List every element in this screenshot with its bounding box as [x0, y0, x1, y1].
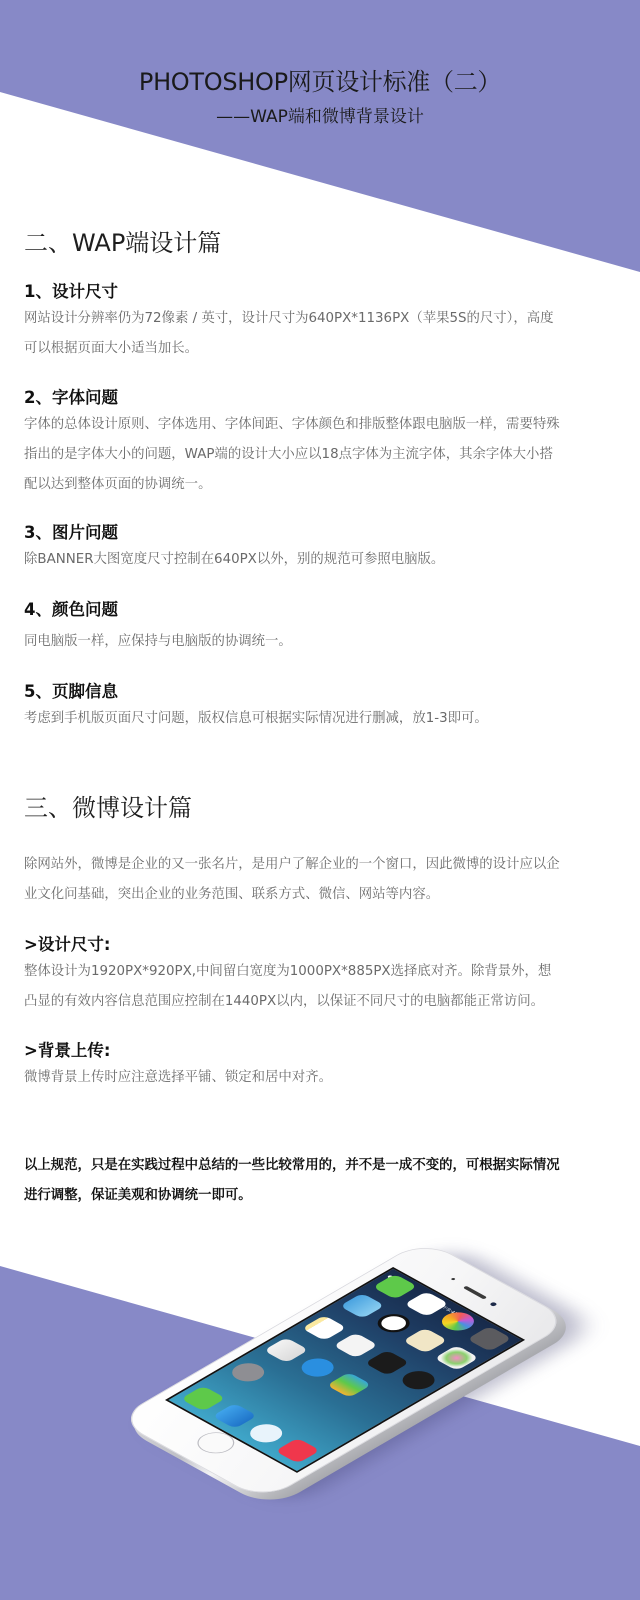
wap-item-heading: 2、字体问题 — [24, 384, 118, 408]
paragraph-line: 配以达到整体页面的协调统一。 — [24, 470, 624, 500]
wap-item-paragraph: 除BANNER大图宽度尺寸控制在640PX以外，别的规范可参照电脑版。 — [24, 545, 624, 575]
weibo-item-heading: >背景上传: — [24, 1037, 110, 1061]
weibo-section-title: 三、微博设计篇 — [24, 788, 192, 823]
paragraph-line: 微博背景上传时应注意选择平铺、锁定和居中对齐。 — [24, 1063, 624, 1093]
paragraph-line: 指出的是字体大小的问题，WAP端的设计大小应以18点字体为主流字体，其余字体大小… — [24, 440, 624, 470]
paragraph-line: 凸显的有效内容信息范围应控制在1440PX以内，以保证不同尺寸的电脑都能正常访问… — [24, 987, 624, 1017]
safari-app-icon — [244, 1420, 289, 1446]
page-title: PHOTOSHOP网页设计标准（二） — [0, 62, 640, 97]
settings-app-icon — [226, 1360, 271, 1386]
weibo-item-paragraph: 整体设计为1920PX*920PX,中间留白宽度为1000PX*885PX选择底… — [24, 957, 624, 1017]
newsstand-app-icon — [264, 1337, 309, 1363]
notes-app-icon — [302, 1315, 347, 1341]
wap-item-paragraph: 网站设计分辨率仍为72像素 / 英寸，设计尺寸为640PX*1136PX（苹果5… — [24, 304, 624, 364]
wap-item-paragraph: 字体的总体设计原则、字体选用、字体间距、字体颜色和排版整体跟电脑版一样，需要特殊… — [24, 410, 624, 500]
game-center-app-icon — [434, 1345, 479, 1371]
wap-item-heading: 1、设计尺寸 — [24, 278, 118, 302]
closing-note: 以上规范，只是在实践过程中总结的一些比较常用的，并不是一成不变的，可根据实际情况… — [24, 1151, 624, 1211]
clock-app-icon — [371, 1310, 416, 1336]
paragraph-line: 业文化问基础，突出企业的业务范围、联系方式、微信、网站等内容。 — [24, 880, 624, 910]
weather-app-icon — [340, 1293, 385, 1319]
weibo-item-paragraph: 微博背景上传时应注意选择平铺、锁定和居中对齐。 — [24, 1063, 624, 1093]
mail-app-icon — [212, 1403, 257, 1429]
wap-item-paragraph: 考虑到手机版页面尺寸问题，版权信息可根据实际情况进行删减，放1-3即可。 — [24, 704, 624, 734]
maps-app-icon — [403, 1328, 448, 1354]
music-app-icon — [275, 1438, 320, 1464]
paragraph-line: 字体的总体设计原则、字体选用、字体间距、字体颜色和排版整体跟电脑版一样，需要特殊 — [24, 410, 624, 440]
wap-section-title: 二、WAP端设计篇 — [24, 223, 221, 258]
paragraph-line: 网站设计分辨率仍为72像素 / 英寸，设计尺寸为640PX*1136PX（苹果5… — [24, 304, 624, 334]
closing-note-line: 以上规范，只是在实践过程中总结的一些比较常用的，并不是一成不变的，可根据实际情况 — [24, 1151, 624, 1181]
page-subtitle: ——WAP端和微博背景设计 — [0, 102, 640, 127]
phone-app-icon — [181, 1386, 226, 1412]
wap-item-heading: 3、图片问题 — [24, 519, 118, 543]
weibo-item-heading: >设计尺寸: — [24, 931, 110, 955]
closing-note-line: 进行调整，保证美观和协调统一即可。 — [24, 1181, 624, 1211]
paragraph-line: 同电脑版一样，应保持与电脑版的协调统一。 — [24, 627, 624, 657]
paragraph-line: 整体设计为1920PX*920PX,中间留白宽度为1000PX*885PX选择底… — [24, 957, 624, 987]
paragraph-line: 可以根据页面大小适当加长。 — [24, 334, 624, 364]
weibo-intro-paragraph: 除网站外，微博是企业的又一张名片，是用户了解企业的一个窗口，因此微博的设计应以企… — [24, 850, 624, 910]
paragraph-line: 考虑到手机版页面尺寸问题，版权信息可根据实际情况进行删减，放1-3即可。 — [24, 704, 624, 734]
wap-item-paragraph: 同电脑版一样，应保持与电脑版的协调统一。 — [24, 627, 624, 657]
stocks-app-icon — [365, 1350, 410, 1376]
wap-item-heading: 5、页脚信息 — [24, 678, 118, 702]
compass-app-icon — [396, 1367, 441, 1393]
passbook-app-icon — [327, 1372, 372, 1398]
app-store-icon — [295, 1355, 340, 1381]
wap-item-heading: 4、颜色问题 — [24, 596, 118, 620]
paragraph-line: 除网站外，微博是企业的又一张名片，是用户了解企业的一个窗口，因此微博的设计应以企 — [24, 850, 624, 880]
reminders-app-icon — [333, 1333, 378, 1359]
paragraph-line: 除BANNER大图宽度尺寸控制在640PX以外，别的规范可参照电脑版。 — [24, 545, 624, 575]
